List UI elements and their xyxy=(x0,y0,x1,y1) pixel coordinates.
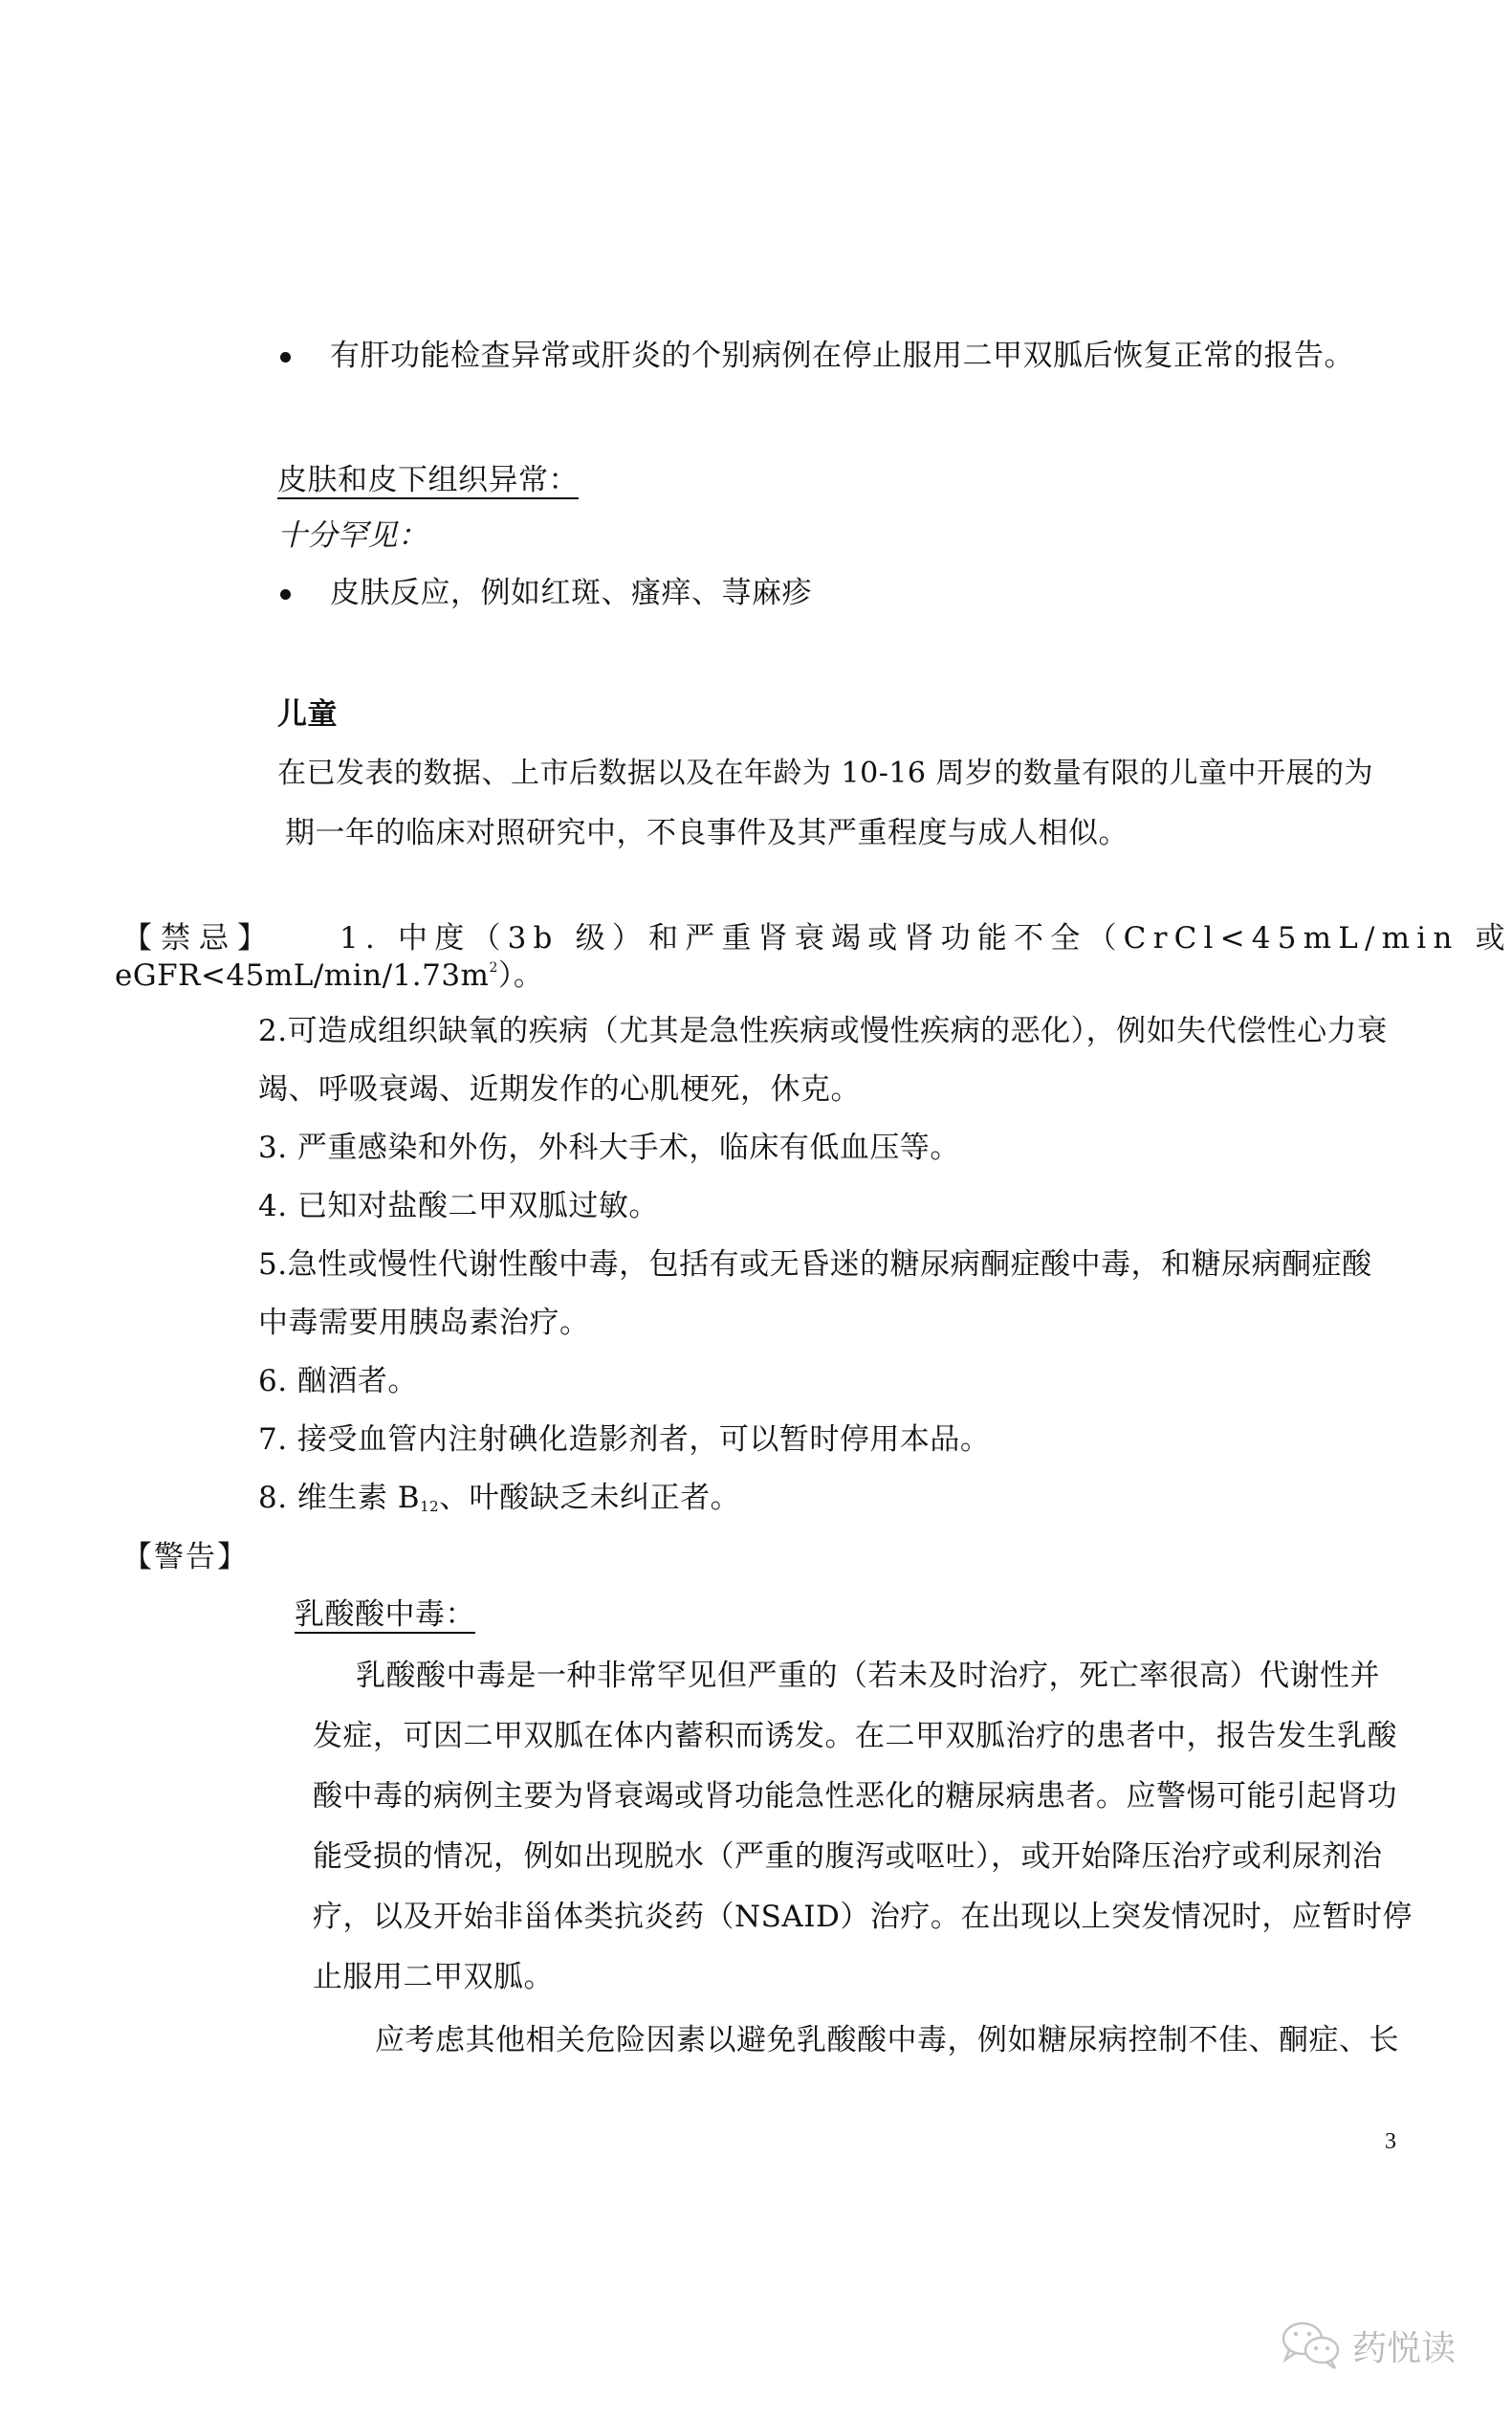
warning-paragraph-1-line-3: 酸中毒的病例主要为肾衰竭或肾功能急性恶化的糖尿病患者。应警惕可能引起肾功 xyxy=(313,1777,1397,1815)
skin-frequency-label: 十分罕见： xyxy=(277,517,428,555)
contraindication-item-8: 8. 维生素 B12、叶酸缺乏未纠正者。 xyxy=(258,1479,740,1517)
contraindication-item-1-line-1: 1. 中度（3b 级）和严重肾衰竭或肾功能不全（CrCl<45mL/min 或 xyxy=(340,919,1512,957)
contraindication-item-2-line-2: 竭、呼吸衰竭、近期发作的心肌梗死，休克。 xyxy=(258,1070,861,1109)
contraindication-item-6: 6. 酗酒者。 xyxy=(258,1362,418,1400)
document-page: 有肝功能检查异常或肝炎的个别病例在停止服用二甲双胍后恢复正常的报告。 皮肤和皮下… xyxy=(0,0,1512,2419)
bullet-icon xyxy=(280,352,291,363)
contraindication-item-7: 7. 接受血管内注射碘化造影剂者，可以暂时停用本品。 xyxy=(258,1420,990,1459)
subscript: 12 xyxy=(420,1498,439,1515)
hepatic-bullet-text: 有肝功能检查异常或肝炎的个别病例在停止服用二甲双胍后恢复正常的报告。 xyxy=(330,337,1354,375)
contraindication-item-1-line-2: eGFR<45mL/min/1.73m2）。 xyxy=(115,957,543,995)
watermark: 药悦读 xyxy=(1282,2320,1456,2371)
bullet-icon xyxy=(280,589,291,600)
contraindication-item-5-line-1: 5.急性或慢性代谢性酸中毒，包括有或无昏迷的糖尿病酮症酸中毒，和糖尿病酮症酸 xyxy=(258,1245,1372,1284)
children-line-2: 期一年的临床对照研究中，不良事件及其严重程度与成人相似。 xyxy=(285,814,1129,852)
contraindication-item-2-line-1: 2.可造成组织缺氧的疾病（尤其是急性疾病或慢性疾病的恶化），例如失代偿性心力衰 xyxy=(258,1012,1388,1050)
warning-paragraph-1-line-5: 疗，以及开始非甾体类抗炎药（NSAID）治疗。在出现以上突发情况时，应暂时停 xyxy=(313,1898,1413,1936)
wechat-icon xyxy=(1282,2320,1343,2371)
warning-paragraph-2-line-1: 应考虑其他相关危险因素以避免乳酸酸中毒，例如糖尿病控制不佳、酮症、长 xyxy=(375,2021,1399,2059)
contraindication-item-3: 3. 严重感染和外伤，外科大手术，临床有低血压等。 xyxy=(258,1129,960,1167)
warnings-label: 【警告】 xyxy=(122,1538,249,1576)
lactic-acidosis-heading: 乳酸酸中毒： xyxy=(295,1595,475,1634)
skin-bullet-text: 皮肤反应，例如红斑、瘙痒、荨麻疹 xyxy=(330,574,812,612)
superscript: 2 xyxy=(489,960,497,976)
warning-paragraph-1-line-2: 发症，可因二甲双胍在体内蓄积而诱发。在二甲双胍治疗的患者中，报告发生乳酸 xyxy=(313,1717,1397,1755)
children-heading: 儿童 xyxy=(277,695,338,734)
item-8-suffix: 、叶酸缺乏未纠正者。 xyxy=(439,1481,740,1515)
children-line-1: 在已发表的数据、上市后数据以及在年龄为 10-16 周岁的数量有限的儿童中开展的… xyxy=(277,755,1373,793)
page-number: 3 xyxy=(1385,2129,1396,2155)
contraindication-item-5-line-2: 中毒需要用胰岛素治疗。 xyxy=(258,1304,590,1342)
egfr-text: eGFR<45mL/min/1.73m xyxy=(115,958,489,993)
contraindications-label: 【禁忌】 xyxy=(122,919,275,957)
egfr-suffix: ）。 xyxy=(498,958,544,993)
warning-paragraph-1-line-6: 止服用二甲双胍。 xyxy=(313,1958,554,1996)
item-8-prefix: 8. 维生素 B xyxy=(258,1481,420,1515)
watermark-text: 药悦读 xyxy=(1352,2321,1456,2370)
skin-section-heading: 皮肤和皮下组织异常： xyxy=(277,461,579,499)
warning-paragraph-1-line-4: 能受损的情况，例如出现脱水（严重的腹泻或呕吐），或开始降压治疗或利尿剂治 xyxy=(313,1837,1383,1876)
warning-paragraph-1-line-1: 乳酸酸中毒是一种非常罕见但严重的（若未及时治疗，死亡率很高）代谢性并 xyxy=(356,1657,1380,1695)
contraindication-item-4: 4. 已知对盐酸二甲双胍过敏。 xyxy=(258,1187,659,1225)
